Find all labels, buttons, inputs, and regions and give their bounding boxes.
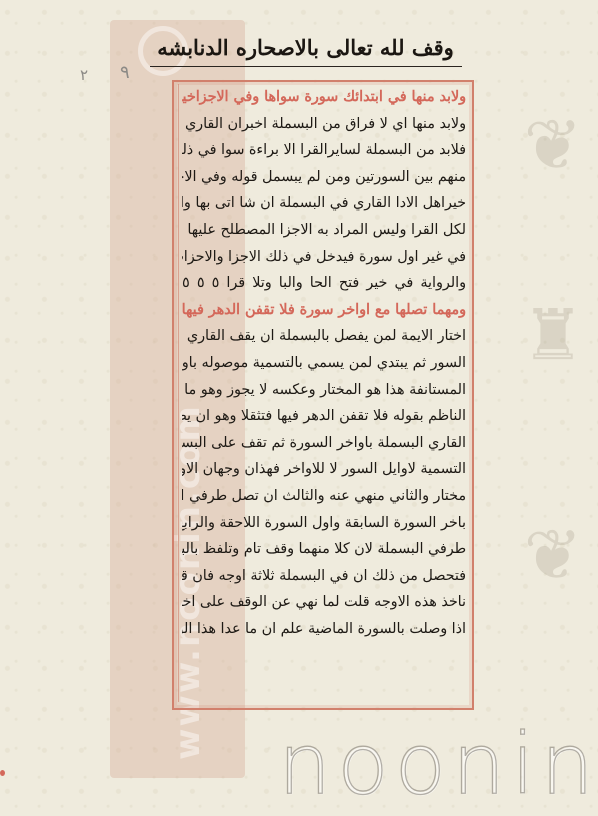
text-line: السور ثم يبتدي لمن يسمي بالتسمية موصوله … <box>182 350 466 377</box>
text-line: القاري البسملة باواخر السورة ثم تقف على … <box>182 430 466 457</box>
text-line: باخر السورة السابقة واول السورة اللاحقة … <box>182 510 466 537</box>
waqf-heading: وقف لله تعالى بالاصحاره الدنابشه <box>148 28 463 68</box>
text-line: ناخذ هذه الاوجه قلت لما نهي عن الوقف على… <box>182 589 466 616</box>
manuscript-page: www.noonin.com ❦ ♜ ❦ ٩ ٢ وقف لله تعالى ب… <box>0 0 598 816</box>
text-frame-inner-rule <box>178 84 179 702</box>
text-line: المستانفة هذا هو المختار وعكسه لا يجوز و… <box>182 377 466 404</box>
text-line: طرفي البسملة لان كلا منهما وقف تام وتلفظ… <box>182 536 466 563</box>
text-line: الناظم بقوله فلا تقفن الدهر فيها فتثقلا … <box>182 403 466 430</box>
red-ink-spot <box>0 770 5 776</box>
background-minaret-icon: ♜ <box>508 300 598 370</box>
rubric-verse-line: ومهما تصلها مع اواخر سورة فلا تقفن الدهر… <box>182 297 466 324</box>
text-line: فتحصل من ذلك ان في البسملة ثلاثة اوجه فا… <box>182 563 466 590</box>
text-line: فلابد من البسملة لسايرالقرا الا براءة سو… <box>182 137 466 164</box>
text-line: اذا وصلت بالسورة الماضية علم ان ما عدا ه… <box>182 616 466 643</box>
text-line: في غير اول سورة فيدخل في ذلك الاجزا والا… <box>182 244 466 271</box>
manuscript-text-block: ولابد منها في ابتدائك سورة سواها وفي الا… <box>182 84 466 642</box>
text-line: اختار الايمة لمن يفصل بالبسملة ان يقف ال… <box>182 323 466 350</box>
rubric-verse-line: ولابد منها في ابتدائك سورة سواها وفي الا… <box>182 84 466 111</box>
margin-pencil-mark: ٢ <box>80 66 88 84</box>
text-line: التسمية لاوايل السور لا للاواخر فهذان وج… <box>182 456 466 483</box>
text-line: منهم بين السورتين ومن لم يبسمل قوله وفي … <box>182 164 466 191</box>
margin-folio-number: ٩ <box>120 62 130 83</box>
background-ornament-icon: ❦ <box>508 520 598 590</box>
heading-underline <box>150 66 462 67</box>
text-line: مختار والثاني منهي عنه والثالث ان تصل طر… <box>182 483 466 510</box>
text-line: لكل القرا وليس المراد به الاجزا المصطلح … <box>182 217 466 244</box>
background-ornament-icon: ❦ <box>508 110 598 180</box>
text-line: خيراهل الادا القاري في البسملة ان شا اتى… <box>182 190 466 217</box>
text-line: ولابد منها اي لا فراق من البسملة اخبران … <box>182 111 466 138</box>
noonin-watermark: noonin <box>278 722 598 806</box>
text-line: والرواية في خير فتح الحا والبا وتلا قرا … <box>182 270 466 297</box>
